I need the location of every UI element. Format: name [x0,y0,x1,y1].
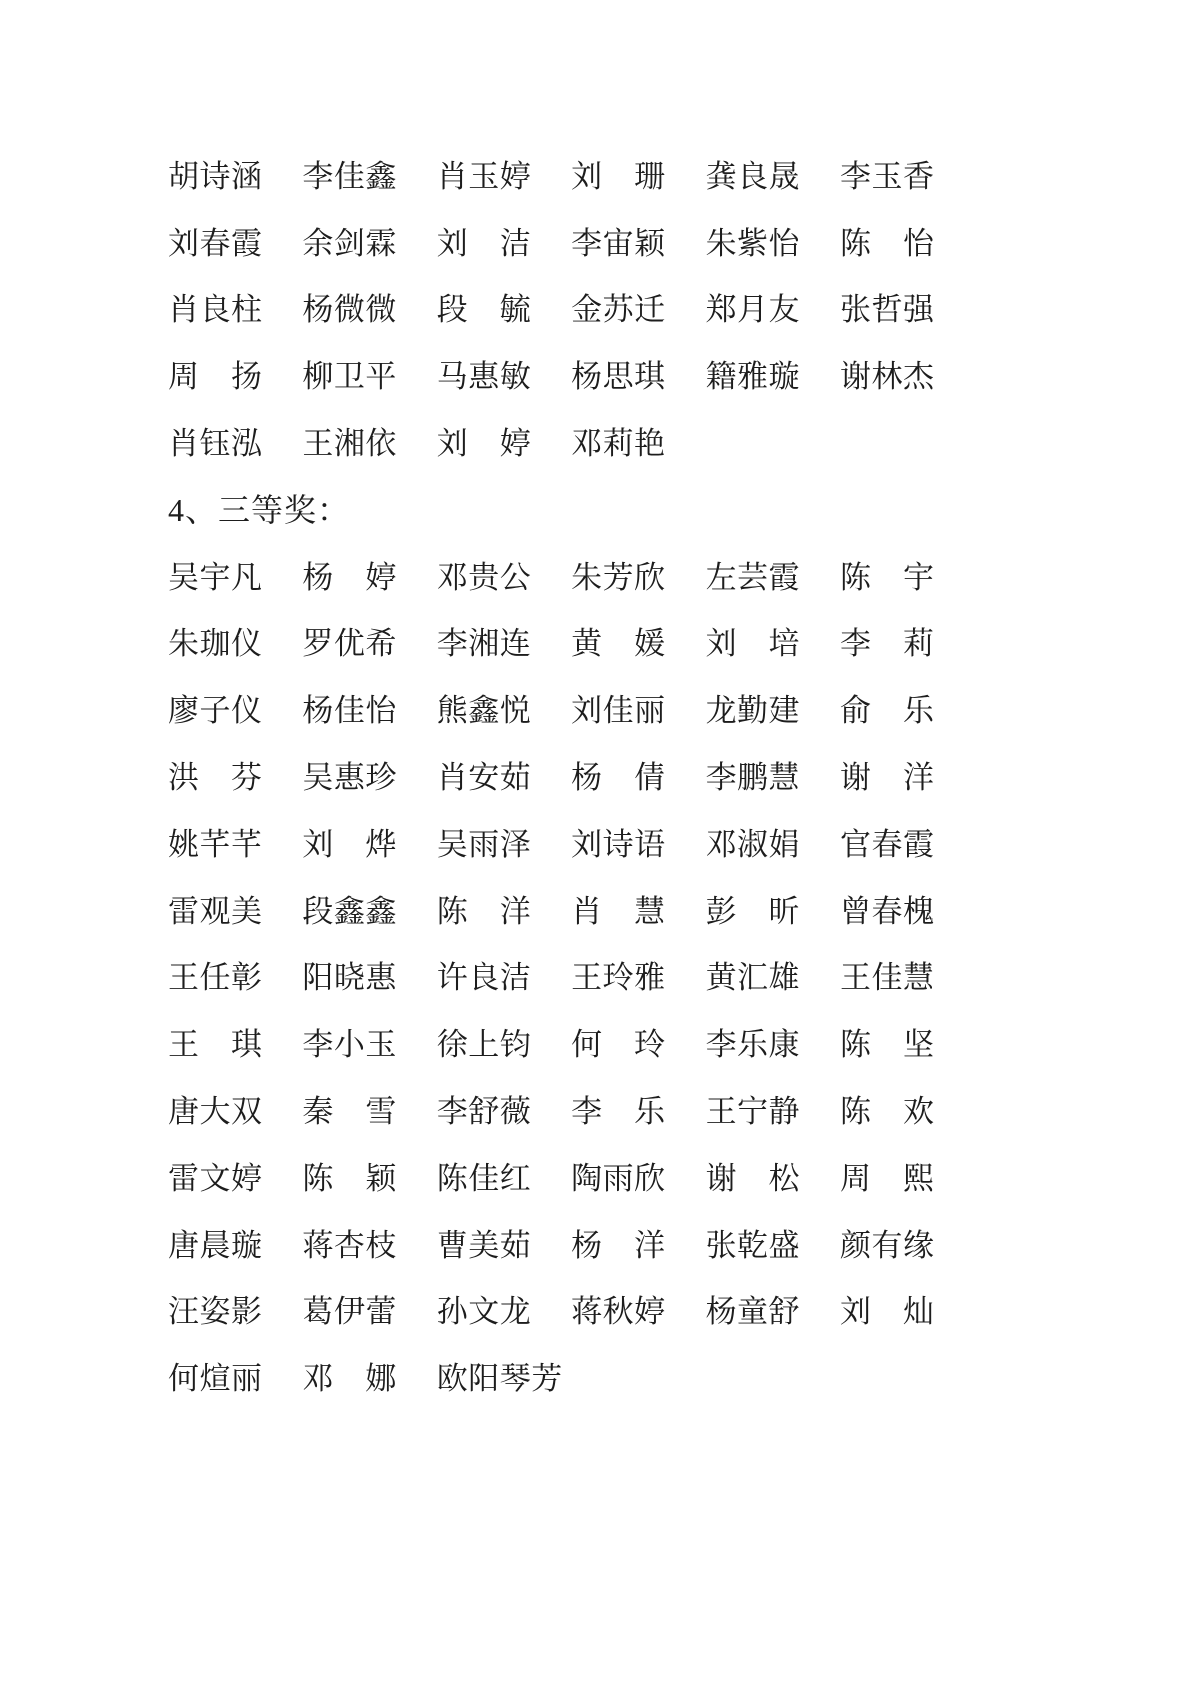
name-cell: 杨 洋 [571,1230,705,1261]
name-cell: 李玉香 [840,161,974,192]
name-cell: 曹美茹 [437,1230,571,1261]
name-cell: 杨童舒 [706,1296,840,1327]
name-cell: 杨微微 [302,294,436,325]
name-cell: 杨 倩 [571,762,705,793]
name-cell: 龚良晟 [706,161,840,192]
name-cell: 王 琪 [168,1029,302,1060]
name-cell: 唐晨璇 [168,1230,302,1261]
name-cell: 许良洁 [437,962,571,993]
name-cell: 唐大双 [168,1096,302,1127]
third-prize-name-list: 吴宇凡杨 婷邓贵公朱芳欣左芸霞陈 宇朱珈仪罗优希李湘连黄 媛刘 培李 莉廖子仪杨… [168,544,1128,1412]
name-cell: 刘 婷 [437,428,571,459]
name-cell: 陈 洋 [437,896,571,927]
name-cell: 俞 乐 [840,695,974,726]
name-cell: 周 熙 [840,1163,974,1194]
name-cell: 胡诗涵 [168,161,302,192]
name-cell: 洪 芬 [168,762,302,793]
name-cell: 柳卫平 [302,361,436,392]
name-cell: 彭 昕 [706,896,840,927]
name-row: 吴宇凡杨 婷邓贵公朱芳欣左芸霞陈 宇 [168,544,1128,611]
name-row: 洪 芬吴惠珍肖安茹杨 倩李鹏慧谢 洋 [168,744,1128,811]
name-cell: 段 毓 [437,294,571,325]
name-cell: 马惠敏 [437,361,571,392]
name-row: 朱珈仪罗优希李湘连黄 媛刘 培李 莉 [168,611,1128,678]
name-cell: 肖钰泓 [168,428,302,459]
name-row: 唐晨璇蒋杏枝曹美茹杨 洋张乾盛颜有缘 [168,1212,1128,1279]
name-cell: 吴宇凡 [168,562,302,593]
name-cell: 陈佳红 [437,1163,571,1194]
name-cell: 颜有缘 [840,1230,974,1261]
name-cell: 杨思琪 [571,361,705,392]
name-cell: 李湘连 [437,628,571,659]
name-cell: 张乾盛 [706,1230,840,1261]
name-cell: 李佳鑫 [302,161,436,192]
name-cell: 余剑霖 [302,228,436,259]
name-cell: 李鹏慧 [706,762,840,793]
name-cell: 刘 烨 [302,829,436,860]
name-cell: 邓淑娟 [706,829,840,860]
name-cell: 金苏迁 [571,294,705,325]
name-cell: 王玲雅 [571,962,705,993]
name-cell: 肖 慧 [571,896,705,927]
name-cell: 蒋秋婷 [571,1296,705,1327]
name-cell: 王佳慧 [840,962,974,993]
name-row: 雷文婷陈 颖陈佳红陶雨欣谢 松周 熙 [168,1145,1128,1212]
name-cell: 刘春霞 [168,228,302,259]
name-cell: 熊鑫悦 [437,695,571,726]
name-row: 王 琪李小玉徐上钧何 玲李乐康陈 坚 [168,1011,1128,1078]
name-cell: 刘 培 [706,628,840,659]
name-cell: 张哲强 [840,294,974,325]
name-cell: 姚芊芊 [168,829,302,860]
name-cell: 廖子仪 [168,695,302,726]
name-cell: 杨 婷 [302,562,436,593]
name-cell: 刘 灿 [840,1296,974,1327]
name-cell: 王任彰 [168,962,302,993]
name-row: 王任彰阳晓惠许良洁王玲雅黄汇雄王佳慧 [168,945,1128,1012]
name-cell: 孙文龙 [437,1296,571,1327]
name-cell: 肖安茹 [437,762,571,793]
name-row: 何煊丽邓 娜欧阳琴芳 [168,1345,1128,1412]
name-cell: 阳晓惠 [302,962,436,993]
name-row: 肖良柱杨微微段 毓金苏迁郑月友张哲强 [168,277,1128,344]
name-row: 廖子仪杨佳怡熊鑫悦刘佳丽龙勤建俞 乐 [168,677,1128,744]
name-cell: 邓贵公 [437,562,571,593]
name-cell: 刘 珊 [571,161,705,192]
name-row: 胡诗涵李佳鑫肖玉婷刘 珊龚良晟李玉香 [168,143,1128,210]
document-content: 胡诗涵李佳鑫肖玉婷刘 珊龚良晟李玉香刘春霞余剑霖刘 洁李宙颖朱紫怡陈 怡肖良柱杨… [168,143,1128,1412]
name-row: 肖钰泓王湘依刘 婷邓莉艳 [168,410,1128,477]
name-cell: 秦 雪 [302,1096,436,1127]
name-cell: 籍雅璇 [706,361,840,392]
name-cell: 段鑫鑫 [302,896,436,927]
name-cell: 陶雨欣 [571,1163,705,1194]
name-cell: 李小玉 [302,1029,436,1060]
name-cell: 李宙颖 [571,228,705,259]
name-cell: 何煊丽 [168,1363,302,1394]
name-cell: 谢 洋 [840,762,974,793]
name-cell: 吴惠珍 [302,762,436,793]
name-cell: 陈 颖 [302,1163,436,1194]
name-row: 雷观美段鑫鑫陈 洋肖 慧彭 昕曾春槐 [168,878,1128,945]
name-row: 周 扬柳卫平马惠敏杨思琪籍雅璇谢林杰 [168,343,1128,410]
name-cell: 官春霞 [840,829,974,860]
name-cell: 朱芳欣 [571,562,705,593]
name-cell: 欧阳琴芳 [437,1363,571,1394]
name-cell: 葛伊蕾 [302,1296,436,1327]
name-row: 唐大双秦 雪李舒薇李 乐王宁静陈 欢 [168,1078,1128,1145]
name-cell: 谢林杰 [840,361,974,392]
name-cell: 龙勤建 [706,695,840,726]
name-cell: 左芸霞 [706,562,840,593]
name-cell: 谢 松 [706,1163,840,1194]
name-cell: 刘佳丽 [571,695,705,726]
name-cell: 雷观美 [168,896,302,927]
section-heading: 4、三等奖： [168,494,350,526]
name-cell: 李舒薇 [437,1096,571,1127]
name-cell: 刘诗语 [571,829,705,860]
name-row: 汪姿影葛伊蕾孙文龙蒋秋婷杨童舒刘 灿 [168,1279,1128,1346]
name-cell: 黄汇雄 [706,962,840,993]
name-cell: 周 扬 [168,361,302,392]
name-cell: 肖良柱 [168,294,302,325]
name-cell: 李乐康 [706,1029,840,1060]
name-cell: 蒋杏枝 [302,1230,436,1261]
name-cell: 王宁静 [706,1096,840,1127]
name-cell: 肖玉婷 [437,161,571,192]
name-cell: 邓莉艳 [571,428,705,459]
name-cell: 陈 宇 [840,562,974,593]
name-cell: 杨佳怡 [302,695,436,726]
name-cell: 黄 媛 [571,628,705,659]
name-cell: 朱紫怡 [706,228,840,259]
name-cell: 罗优希 [302,628,436,659]
name-cell: 陈 欢 [840,1096,974,1127]
document-page: 胡诗涵李佳鑫肖玉婷刘 珊龚良晟李玉香刘春霞余剑霖刘 洁李宙颖朱紫怡陈 怡肖良柱杨… [0,0,1191,1684]
award-name-list-continued: 胡诗涵李佳鑫肖玉婷刘 珊龚良晟李玉香刘春霞余剑霖刘 洁李宙颖朱紫怡陈 怡肖良柱杨… [168,143,1128,477]
name-cell: 汪姿影 [168,1296,302,1327]
name-cell: 雷文婷 [168,1163,302,1194]
section-heading-line: 4、三等奖： [168,477,1128,544]
name-cell: 吴雨泽 [437,829,571,860]
name-cell: 王湘依 [302,428,436,459]
name-cell: 刘 洁 [437,228,571,259]
name-cell: 李 莉 [840,628,974,659]
name-cell: 陈 坚 [840,1029,974,1060]
name-cell: 曾春槐 [840,896,974,927]
name-cell: 何 玲 [571,1029,705,1060]
name-row: 刘春霞余剑霖刘 洁李宙颖朱紫怡陈 怡 [168,210,1128,277]
name-cell: 朱珈仪 [168,628,302,659]
name-cell: 郑月友 [706,294,840,325]
name-cell: 徐上钧 [437,1029,571,1060]
name-cell: 陈 怡 [840,228,974,259]
name-cell: 邓 娜 [302,1363,436,1394]
name-cell: 李 乐 [571,1096,705,1127]
name-row: 姚芊芊刘 烨吴雨泽刘诗语邓淑娟官春霞 [168,811,1128,878]
